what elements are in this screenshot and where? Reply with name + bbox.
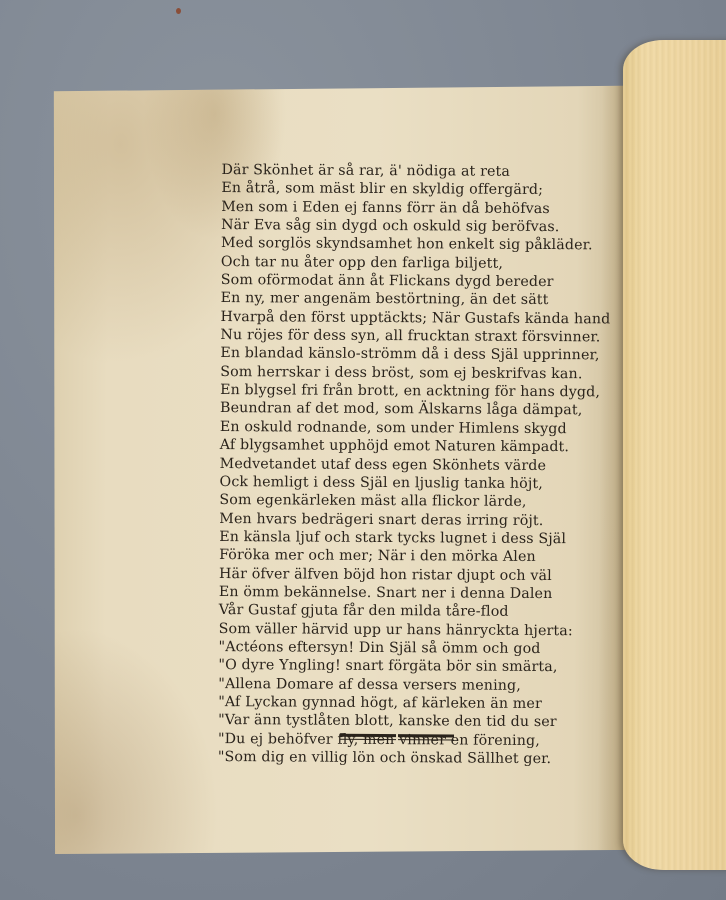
poem-line: En oskuld rodnande, som under Himlens sk… — [220, 418, 610, 439]
poem-line: Vår Gustaf gjuta får den milda tåre-flod — [219, 601, 609, 622]
poem-line: Som herrskar i dess bröst, som ej beskri… — [220, 363, 610, 384]
poem-line: Ock hemligt i dess Själ en ljuslig tanka… — [220, 473, 610, 494]
poem-line: "Var änn tystlåten blott, kanske den tid… — [218, 711, 608, 732]
poem-line: Som egenkärleken mäst alla flickor lärde… — [219, 491, 609, 512]
poem-line: Beundran af det mod, som Älskarns låga d… — [220, 400, 610, 421]
poem-line: När Eva såg sin dygd och oskuld sig berö… — [221, 216, 611, 237]
poem-line: Hvarpå den först upptäckts; När Gustafs … — [221, 308, 611, 329]
poem-line: Med sorglös skyndsamhet hon enkelt sig p… — [221, 234, 611, 255]
poem-line: Föröka mer och mer; När i den mörka Alen — [219, 546, 609, 567]
poem-line: En ny, mer angenäm bestörtning, än det s… — [221, 289, 611, 310]
poem-line: Men som i Eden ej fanns förr än då behöf… — [221, 198, 611, 219]
poem-line: "Af Lyckan gynnad högt, af kärleken än m… — [218, 693, 608, 714]
double-rule-divider — [340, 734, 454, 743]
poem-line: Som oförmodat änn åt Flickans dygd bered… — [221, 271, 611, 292]
poem-line: Nu röjes för dess syn, all frucktan stra… — [220, 326, 610, 347]
poem-text-block: Där Skönhet är så rar, ä' nödiga at reta… — [218, 161, 612, 769]
felt-background-speck — [176, 8, 181, 14]
poem-line: Af blygsamhet upphöjd emot Naturen kämpa… — [220, 436, 610, 457]
poem-line: Och tar nu åter opp den farliga biljett, — [221, 253, 611, 274]
divider-bar-right — [398, 734, 454, 740]
poem-line: Där Skönhet är så rar, ä' nödiga at reta — [221, 161, 611, 182]
poem-line: En åtrå, som mäst blir en skyldig offerg… — [221, 179, 611, 200]
poem-line: En känsla ljuf och stark tycks lugnet i … — [219, 528, 609, 549]
poem-line: Här öfver älfven böjd hon ristar djupt o… — [219, 565, 609, 586]
poem-line: En blygsel fri från brott, en acktning f… — [220, 381, 610, 402]
poem-line: En blandad känslo-strömm då i dess Själ … — [220, 344, 610, 365]
curled-cover-page — [623, 40, 726, 870]
poem-line: En ömm bekännelse. Snart ner i denna Dal… — [219, 583, 609, 604]
divider-bar-left — [340, 734, 396, 740]
poem-line: "Actéons eftersyn! Din Själ så ömm och g… — [218, 638, 608, 659]
poem-line: "Allena Domare af dessa versers mening, — [218, 675, 608, 696]
poem-line: Medvetandet utaf dess egen Skönhets värd… — [220, 455, 610, 476]
poem-line: "O dyre Yngling! snart förgäta bör sin s… — [218, 656, 608, 677]
poem-line: "Som dig en villig lön och önskad Sällhe… — [218, 748, 608, 769]
book-page: Där Skönhet är så rar, ä' nödiga at reta… — [46, 82, 636, 858]
poem-line: Som väller härvid upp ur hans hänryckta … — [219, 620, 609, 641]
poem-line: Men hvars bedrägeri snart deras irring r… — [219, 510, 609, 531]
